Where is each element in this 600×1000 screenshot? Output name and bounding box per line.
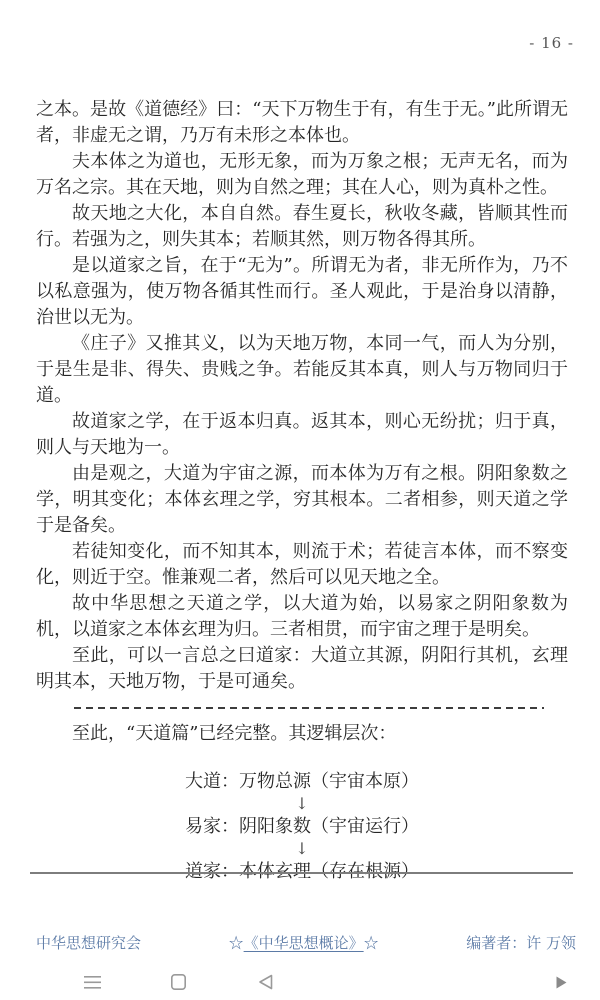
footer-divider — [30, 872, 573, 874]
footer-organization: 中华思想研究会 — [36, 932, 141, 953]
paragraph: 至此，“天道篇”已经完整。其逻辑层次： — [36, 721, 568, 747]
paragraph: 故天地之大化，本自自然。春生夏长，秋收冬藏，皆顺其性而行。若强为之，则失其本；若… — [36, 201, 568, 253]
down-arrow-icon: ↓ — [36, 793, 568, 815]
forward-icon[interactable] — [552, 973, 570, 991]
paragraph: 故道家之学，在于返本归真。返其本，则心无纷扰；归于真，则人与天地为一。 — [36, 409, 568, 461]
footer-author: 编著者：许 万领 — [466, 932, 576, 953]
page-footer: 中华思想研究会 ☆《中华思想概论》☆ 编著者：许 万领 — [36, 932, 576, 953]
menu-icon[interactable] — [83, 973, 101, 991]
document-body: 之本。是故《道德经》曰：“天下万物生于有，有生于无。”此所谓无者，非虚无之谓，乃… — [36, 97, 568, 883]
dashed-separator — [36, 695, 568, 721]
paragraph: 由是观之，大道为宇宙之源，而本体为万有之根。阴阳象数之学，明其变化；本体玄理之学… — [36, 461, 568, 539]
square-icon[interactable] — [169, 973, 187, 991]
page-number: - 16 - — [529, 34, 574, 52]
paragraph: 是以道家之旨，在于“无为”。所谓无为者，非无所作为，乃不以私意强为，使万物各循其… — [36, 253, 568, 331]
logic-hierarchy-diagram: 大道：万物总源（宇宙本原） ↓ 易家：阴阳象数（宇宙运行） ↓ 道家：本体玄理（… — [36, 770, 568, 883]
diagram-row-yijia: 易家：阴阳象数（宇宙运行） — [36, 815, 568, 838]
footer-book-title: ☆《中华思想概论》☆ — [229, 932, 379, 953]
star-icon: ☆ — [229, 934, 244, 952]
bottom-navbar — [0, 964, 600, 1000]
paragraph: 之本。是故《道德经》曰：“天下万物生于有，有生于无。”此所谓无者，非虚无之谓，乃… — [36, 97, 568, 149]
paragraph: 《庄子》又推其义，以为天地万物，本同一气，而人为分别，于是生是非、得失、贵贱之争… — [36, 331, 568, 409]
reader-page: - 16 - 之本。是故《道德经》曰：“天下万物生于有，有生于无。”此所谓无者，… — [0, 0, 600, 1000]
star-icon: ☆ — [364, 934, 379, 952]
down-arrow-icon: ↓ — [36, 838, 568, 860]
dashed-line — [74, 707, 544, 709]
paragraph: 故中华思想之天道之学，以大道为始，以易家之阴阳象数为机，以道家之本体玄理为归。三… — [36, 591, 568, 643]
back-icon[interactable] — [256, 973, 274, 991]
paragraph: 夫本体之为道也，无形无象，而为万象之根；无声无名，而为万名之宗。其在天地，则为自… — [36, 149, 568, 201]
paragraph: 若徒知变化，而不知其本，则流于术；若徒言本体，而不察变化，则近于空。惟兼观二者，… — [36, 539, 568, 591]
paragraph: 至此，可以一言总之曰道家：大道立其源，阴阳行其机，玄理明其本，天地万物，于是可通… — [36, 643, 568, 695]
diagram-row-dadao: 大道：万物总源（宇宙本原） — [36, 770, 568, 793]
book-title-link[interactable]: 《中华思想概论》 — [244, 934, 364, 952]
